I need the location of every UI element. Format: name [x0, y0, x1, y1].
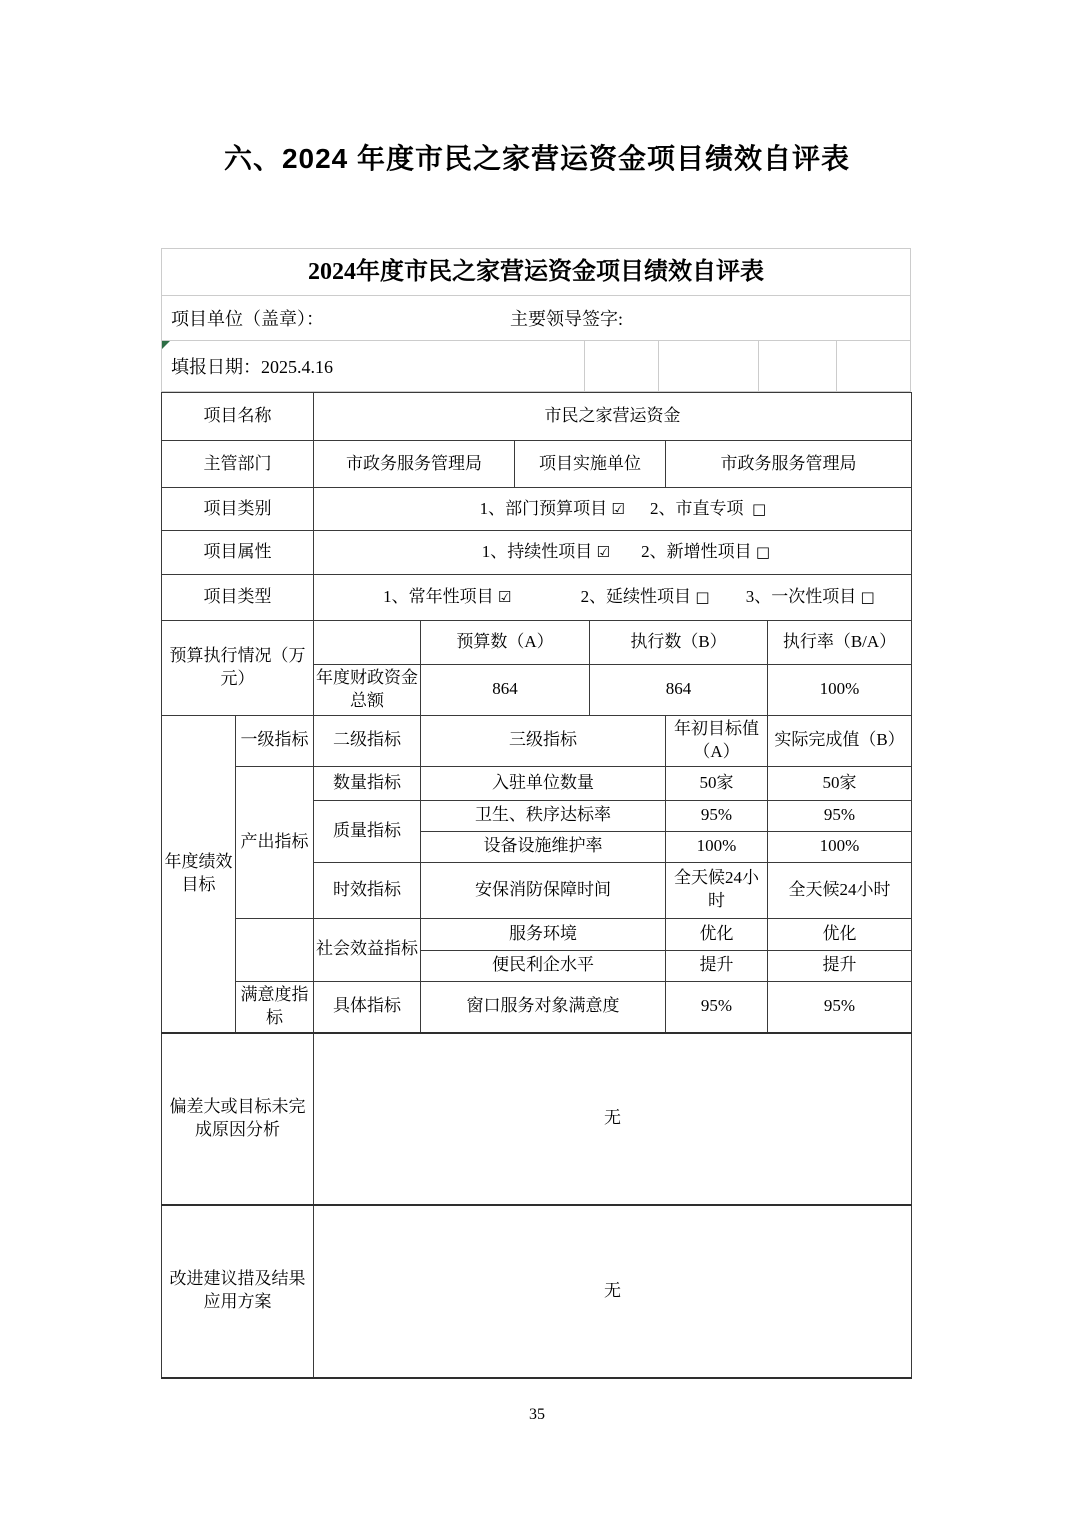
project-name-label: 项目名称 [162, 393, 314, 441]
sign-row: 项目单位（盖章）： 主要领导签字: [162, 296, 910, 341]
indicator-l3-header: 三级指标 [421, 715, 666, 766]
indicator-actual: 50家 [768, 766, 912, 800]
deviation-analysis-value: 无 [314, 1033, 912, 1205]
indicator-l3: 服务环境 [421, 918, 666, 950]
output-indicator-group: 产出指标 [236, 766, 314, 918]
indicator-target: 提升 [666, 950, 768, 981]
attribute-option-2: 2、新增性项目 □ [641, 541, 770, 564]
improvement-plan-value: 无 [314, 1205, 912, 1378]
page-number: 35 [0, 1406, 1074, 1424]
budget-col-b-header: 执行数（B） [590, 621, 768, 665]
row-departments: 主管部门 市政务服务管理局 项目实施单位 市政务服务管理局 [162, 441, 912, 488]
row-project-category: 项目类别 1、部门预算项目 ☑ 2、市直专项 □ [162, 488, 912, 531]
row-indicator-quantity: 产出指标 数量指标 入驻单位数量 50家 50家 [162, 766, 912, 800]
doc-heading: 六、2024 年度市民之家营运资金项目绩效自评表 [0, 137, 1074, 177]
category-label: 项目类别 [162, 488, 314, 531]
empty-cell [584, 341, 658, 391]
main-table: 项目名称 市民之家营运资金 主管部门 市政务服务管理局 项目实施单位 市政务服务… [161, 392, 912, 1379]
fill-date-cell: 填报日期：2025.4.16 [162, 341, 584, 391]
dept-value: 市政务服务管理局 [314, 441, 515, 488]
budget-value-b: 864 [590, 665, 768, 716]
category-option-2: 2、市直专项 □ [650, 498, 766, 521]
indicator-target: 50家 [666, 766, 768, 800]
indicator-target: 95% [666, 800, 768, 831]
type-options: 1、常年性项目 ☑ 2、延续性项目 □ 3、一次性项目 □ [314, 575, 912, 621]
social-benefit-group: 社会效益指标 [314, 918, 421, 981]
type-option-3: 3、一次性项目 □ [746, 586, 875, 609]
budget-col-a-header: 预算数（A） [421, 621, 590, 665]
deviation-analysis-label: 偏差大或目标未完成原因分析 [162, 1033, 314, 1205]
date-row: 填报日期：2025.4.16 [162, 341, 910, 391]
type-label: 项目类型 [162, 575, 314, 621]
row-project-type: 项目类型 1、常年性项目 ☑ 2、延续性项目 □ 3、一次性项目 □ [162, 575, 912, 621]
indicator-actual: 95% [768, 981, 912, 1032]
performance-target-label: 年度绩效目标 [162, 715, 236, 1032]
project-name-value: 市民之家营运资金 [314, 393, 912, 441]
indicator-l1-header: 一级指标 [236, 715, 314, 766]
empty-cell [236, 918, 314, 981]
indicator-l2: 质量指标 [314, 800, 421, 862]
impl-unit-label: 项目实施单位 [515, 441, 666, 488]
checkbox-empty-icon: □ [756, 543, 770, 561]
indicator-target-header: 年初目标值（A） [666, 715, 768, 766]
indicator-target: 优化 [666, 918, 768, 950]
indicator-l3: 卫生、秩序达标率 [421, 800, 666, 831]
row-indicator-social-1: 社会效益指标 服务环境 优化 优化 [162, 918, 912, 950]
fill-date-label: 填报日期：2025.4.16 [171, 353, 333, 379]
indicator-actual: 优化 [768, 918, 912, 950]
table-header-band: 2024年度市民之家营运资金项目绩效自评表 项目单位（盖章）： 主要领导签字: … [161, 248, 911, 392]
row-deviation-analysis: 偏差大或目标未完成原因分析 无 [162, 1033, 912, 1205]
checkbox-empty-icon: □ [752, 500, 766, 518]
leader-signature-label: 主要领导签字: [510, 305, 623, 331]
indicator-l2-header: 二级指标 [314, 715, 421, 766]
indicator-actual: 全天候24小时 [768, 862, 912, 918]
indicator-l2: 数量指标 [314, 766, 421, 800]
satisfaction-indicator-group: 满意度指标 [236, 981, 314, 1032]
budget-col-rate-header: 执行率（B/A） [768, 621, 912, 665]
indicator-target: 全天候24小时 [666, 862, 768, 918]
empty-cell [314, 621, 421, 665]
indicator-l3: 入驻单位数量 [421, 766, 666, 800]
indicator-target: 100% [666, 831, 768, 862]
indicator-target: 95% [666, 981, 768, 1032]
indicator-l3: 安保消防保障时间 [421, 862, 666, 918]
cell-corner-marker-icon [162, 341, 170, 349]
checkbox-empty-icon: □ [695, 588, 709, 606]
checkbox-empty-icon: □ [861, 588, 875, 606]
indicator-l3: 窗口服务对象满意度 [421, 981, 666, 1032]
dept-label: 主管部门 [162, 441, 314, 488]
row-indicator-satisfaction: 满意度指标 具体指标 窗口服务对象满意度 95% 95% [162, 981, 912, 1032]
budget-sub-label: 年度财政资金总额 [314, 665, 421, 716]
empty-cell [658, 341, 759, 391]
unit-seal-label: 项目单位（盖章）： [171, 305, 510, 331]
row-project-name: 项目名称 市民之家营运资金 [162, 393, 912, 441]
category-option-1: 1、部门预算项目 ☑ [459, 498, 646, 521]
budget-section-label: 预算执行情况（万元） [162, 621, 314, 716]
indicator-l2: 具体指标 [314, 981, 421, 1032]
type-option-1: 1、常年性项目 ☑ [350, 586, 544, 609]
indicator-actual: 提升 [768, 950, 912, 981]
checkbox-checked-icon: ☑ [597, 543, 610, 561]
evaluation-table: 2024年度市民之家营运资金项目绩效自评表 项目单位（盖章）： 主要领导签字: … [161, 248, 911, 1379]
attribute-label: 项目属性 [162, 531, 314, 575]
indicator-actual: 100% [768, 831, 912, 862]
row-improvement-plan: 改进建议措及结果应用方案 无 [162, 1205, 912, 1378]
row-project-attribute: 项目属性 1、持续性项目 ☑ 2、新增性项目 □ [162, 531, 912, 575]
empty-cell [836, 341, 910, 391]
indicator-actual-header: 实际完成值（B） [768, 715, 912, 766]
checkbox-checked-icon: ☑ [611, 500, 624, 518]
attribute-option-1: 1、持续性项目 ☑ [455, 541, 637, 564]
table-title: 2024年度市民之家营运资金项目绩效自评表 [162, 249, 910, 296]
indicator-actual: 95% [768, 800, 912, 831]
budget-value-a: 864 [421, 665, 590, 716]
row-budget-header: 预算执行情况（万元） 预算数（A） 执行数（B） 执行率（B/A） [162, 621, 912, 665]
row-indicator-header: 年度绩效目标 一级指标 二级指标 三级指标 年初目标值（A） 实际完成值（B） [162, 715, 912, 766]
type-option-2: 2、延续性项目 □ [549, 586, 742, 609]
category-options: 1、部门预算项目 ☑ 2、市直专项 □ [314, 488, 912, 531]
empty-cell [758, 341, 836, 391]
impl-unit-value: 市政务服务管理局 [666, 441, 912, 488]
attribute-options: 1、持续性项目 ☑ 2、新增性项目 □ [314, 531, 912, 575]
indicator-l2: 时效指标 [314, 862, 421, 918]
budget-value-rate: 100% [768, 665, 912, 716]
indicator-l3: 便民利企水平 [421, 950, 666, 981]
improvement-plan-label: 改进建议措及结果应用方案 [162, 1205, 314, 1378]
indicator-l3: 设备设施维护率 [421, 831, 666, 862]
checkbox-checked-icon: ☑ [498, 588, 511, 606]
